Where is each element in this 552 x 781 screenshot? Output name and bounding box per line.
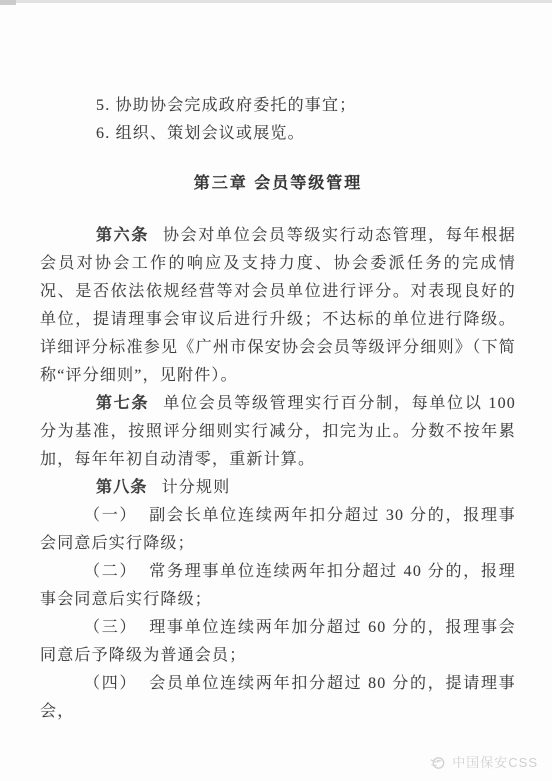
article-8-label: 第八条 xyxy=(96,479,162,496)
clause-1: （一）副会长单位连续两年扣分超过 30 分的，报理事会同意后实行降级； xyxy=(40,502,516,558)
clause-4-number: （四） xyxy=(84,675,149,692)
clause-2: （二）常务理事单位连续两年扣分超过 40 分的，报理事会同意后实行降级； xyxy=(40,558,516,614)
chapter-heading: 第三章 会员等级管理 xyxy=(40,170,516,198)
document-content: 5. 协助协会完成政府委托的事宜； 6. 组织、策划会议或展览。 第三章 会员等… xyxy=(40,92,516,726)
watermark: 中国保安CSS xyxy=(429,752,538,771)
dove-logo-icon xyxy=(429,753,447,771)
article-7: 第七条单位会员等级管理实行百分制，每单位以 100 分为基准，按照评分细则实行减… xyxy=(40,390,516,474)
clause-1-number: （一） xyxy=(84,507,149,524)
list-item-5: 5. 协助协会完成政府委托的事宜； xyxy=(40,92,516,120)
article-6-label: 第六条 xyxy=(96,227,163,244)
article-8-text: 计分规则 xyxy=(162,479,231,496)
clause-3-number: （三） xyxy=(84,619,149,636)
watermark-label: 中国保安CSS xyxy=(452,752,538,771)
clause-3: （三）理事单位连续两年加分超过 60 分的，报理事会同意后予降级为普通会员； xyxy=(40,614,516,670)
page-top-edge xyxy=(0,0,552,3)
clause-4: （四）会员单位连续两年扣分超过 80 分的，提请理事会， xyxy=(40,670,516,726)
list-item-6: 6. 组织、策划会议或展览。 xyxy=(40,120,516,148)
clause-2-number: （二） xyxy=(84,563,149,580)
document-page: 5. 协助协会完成政府委托的事宜； 6. 组织、策划会议或展览。 第三章 会员等… xyxy=(0,0,552,781)
article-6-text: 协会对单位会员等级实行动态管理，每年根据会员对协会工作的响应及支持力度、协会委派… xyxy=(40,227,516,384)
article-7-label: 第七条 xyxy=(96,395,163,412)
article-6: 第六条协会对单位会员等级实行动态管理，每年根据会员对协会工作的响应及支持力度、协… xyxy=(40,222,516,390)
page-top-corner xyxy=(0,0,16,5)
article-8: 第八条计分规则 xyxy=(40,474,516,502)
